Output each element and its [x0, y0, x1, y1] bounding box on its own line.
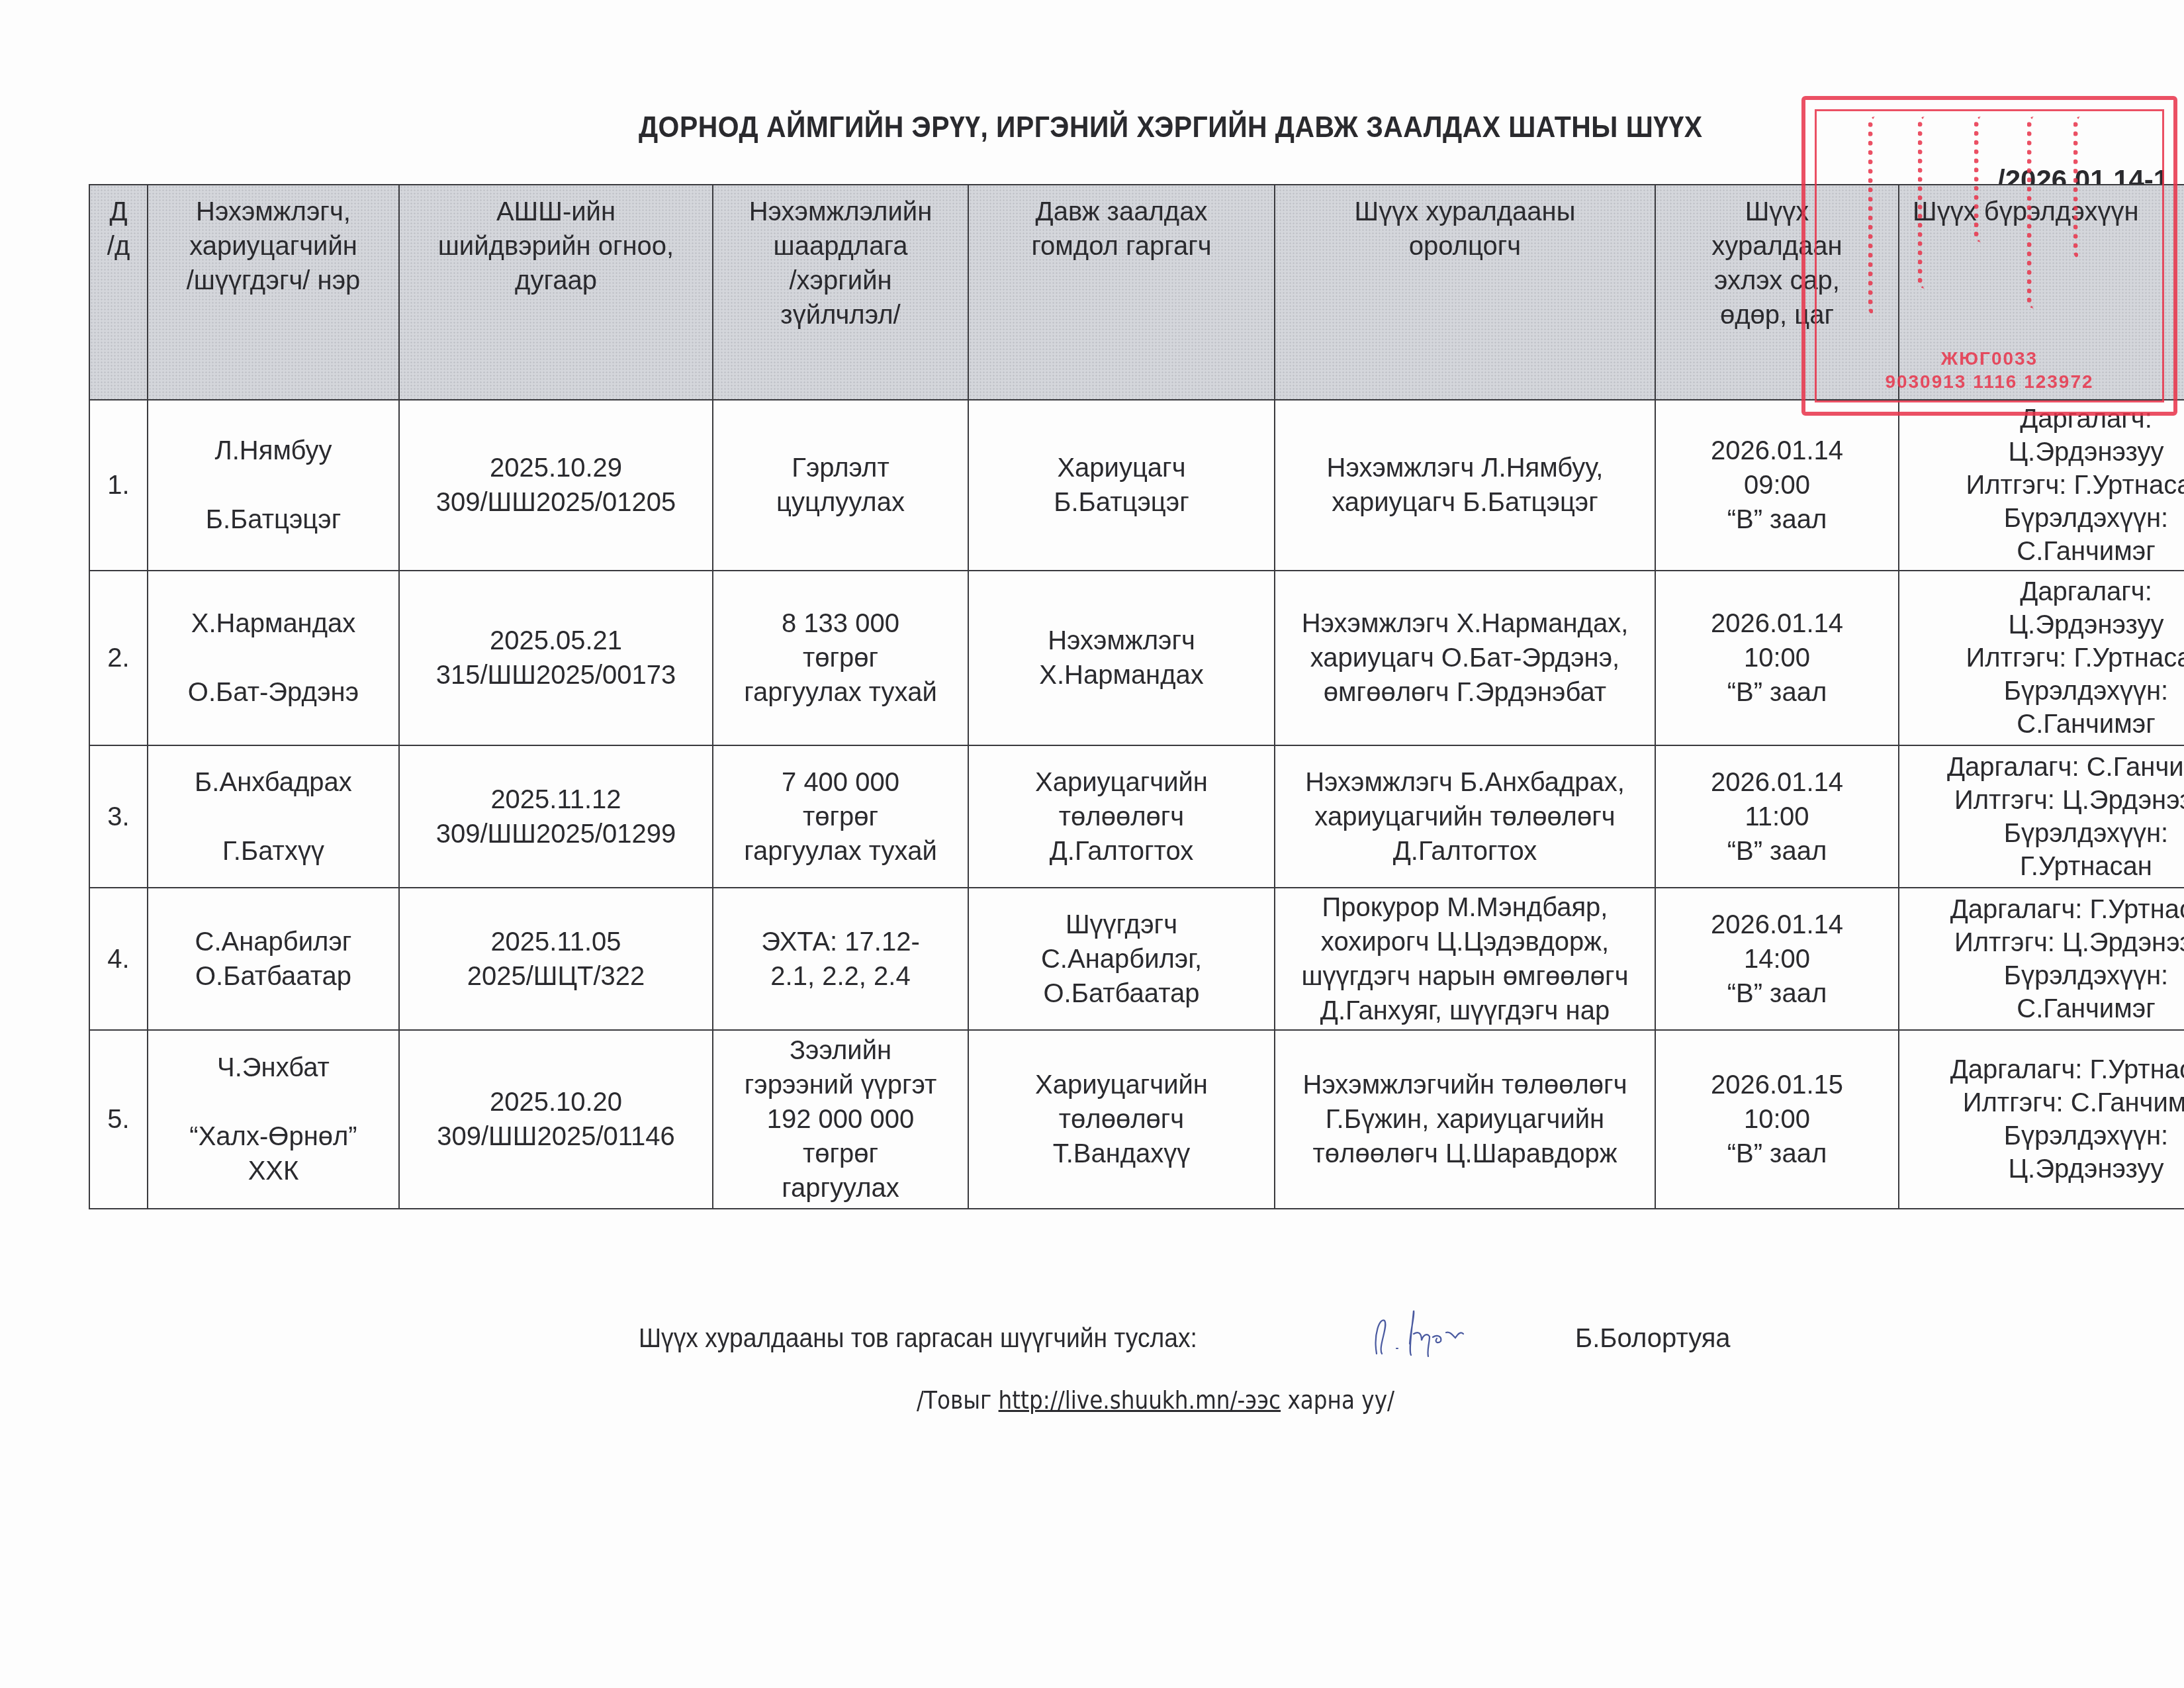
cell-text-line: Илтгэгч: Ц.Эрдэнэзуу — [1903, 784, 2184, 817]
table-row: 3.Б.АнхбадрахГ.Батхүү2025.11.12309/ШШ202… — [89, 745, 2184, 888]
cell-text-line: 2025.11.12 — [404, 782, 708, 817]
decision-cell: 2025.11.052025/ШЦТ/322 — [399, 888, 713, 1030]
cell-text-line: Б.Батцэцэг — [152, 502, 394, 537]
cell-text-line: төлөөлөгч Ц.Шаравдорж — [1279, 1137, 1651, 1171]
cell-text-line: хариуцагч О.Бат-Эрдэнэ, — [1279, 641, 1651, 675]
cell-text-line: төлөөлөгч — [973, 1102, 1270, 1137]
table-row: 5.Ч.Энхбат“Халх-Өрнөл”ХХК2025.10.20309/Ш… — [89, 1030, 2184, 1209]
row-number: 4. — [89, 888, 148, 1030]
cell-text-line: 192 000 000 — [717, 1102, 964, 1137]
cell-text-line: “Халх-Өрнөл” — [152, 1119, 394, 1154]
cell-text-line: “В” заал — [1660, 502, 1894, 537]
cell-text-line — [152, 800, 394, 834]
cell-text-line: цуцлуулах — [717, 485, 964, 520]
cell-text-line: хохирогч Ц.Цэдэвдорж, — [1279, 925, 1651, 959]
cell-text-line: С.Ганчимэг — [1903, 535, 2184, 568]
cell-text-line: Д.Ганхуяг, шүүгдэгч нар — [1279, 994, 1651, 1028]
cell-text-line: хариуцагчийн төлөөлөгч — [1279, 800, 1651, 834]
cell-text-line: О.Батбаатар — [973, 976, 1270, 1011]
cell-text-line: Даргалагч: — [1903, 402, 2184, 436]
cell-text-line: 10:00 — [1660, 1102, 1894, 1137]
note-suffix: харна уу/ — [1281, 1385, 1394, 1415]
cell-text-line: Г.Бүжин, хариуцагчийн — [1279, 1102, 1651, 1137]
cell-text-line: Бүрэлдэхүүн: — [1903, 817, 2184, 850]
claim-cell: 8 133 000төгрөггаргуулах тухай — [713, 571, 968, 745]
cell-text-line: 2026.01.15 — [1660, 1068, 1894, 1102]
cell-text-line: Хариуцагч — [973, 451, 1270, 485]
parties-cell: Л.НямбууБ.Батцэцэг — [148, 400, 399, 571]
cell-text-line: Нэхэмжлэгч Х.Нармандах, — [1279, 606, 1651, 641]
cell-text-line: гомдол гаргагч — [973, 229, 1270, 263]
claim-cell: 7 400 000төгрөггаргуулах тухай — [713, 745, 968, 888]
cell-text-line: ХХК — [152, 1154, 394, 1188]
panel-cell: Даргалагч:Ц.ЭрдэнэзууИлтгэгч: Г.Уртнасан… — [1899, 571, 2184, 745]
cell-text-line: /д — [94, 229, 143, 263]
table-row: 1.Л.НямбууБ.Батцэцэг2025.10.29309/ШШ2025… — [89, 400, 2184, 571]
claim-cell: ЭХТА: 17.12-2.1, 2.2, 2.4 — [713, 888, 968, 1030]
appellant-cell: ШүүгдэгчС.Анарбилэг,О.Батбаатар — [968, 888, 1275, 1030]
cell-text-line: Ч.Энхбат — [152, 1051, 394, 1085]
cell-text-line: өмгөөлөгч Г.Эрдэнэбат — [1279, 675, 1651, 710]
decision-cell: 2025.10.20309/ШШ2025/01146 — [399, 1030, 713, 1209]
cell-text-line: Ц.Эрдэнэзуу — [1903, 1152, 2184, 1186]
cell-text-line: С.Анарбилэг — [152, 925, 394, 959]
cell-text-line: 309/ШШ2025/01146 — [404, 1119, 708, 1154]
cell-text-line: Б.Батцэцэг — [973, 485, 1270, 520]
cell-text-line: “В” заал — [1660, 675, 1894, 710]
cell-text-line: оролцогч — [1279, 229, 1651, 263]
header-number: Д/д — [89, 185, 148, 400]
cell-text-line: Даргалагч: С.Ганчимэг — [1903, 751, 2184, 784]
cell-text-line: Зээлийн — [717, 1033, 964, 1068]
table-body: 1.Л.НямбууБ.Батцэцэг2025.10.29309/ШШ2025… — [89, 400, 2184, 1209]
parties-cell: С.АнарбилэгО.Батбаатар — [148, 888, 399, 1030]
cell-text-line: өдөр, цаг — [1660, 298, 1894, 332]
document-page: ДОРНОД АЙМГИЙН ЭРҮҮ, ИРГЭНИЙ ХЭРГИЙН ДАВ… — [0, 0, 2184, 1688]
header-hearing-time: Шүүххуралдаанэхлэх сар,өдөр, цаг — [1655, 185, 1899, 400]
header-decision: АШШ-ийншийдвэрийн огноо,дугаар — [399, 185, 713, 400]
cell-text-line: Ц.Эрдэнэзуу — [1903, 608, 2184, 641]
table-header-row: Д/д Нэхэмжлэгч,хариуцагчийн/шүүгдэгч/ нэ… — [89, 185, 2184, 400]
cell-text-line — [152, 1085, 394, 1119]
claim-cell: Гэрлэлтцуцлуулах — [713, 400, 968, 571]
cell-text-line: 2026.01.14 — [1660, 908, 1894, 942]
cell-text-line: “В” заал — [1660, 834, 1894, 868]
table-row: 2.Х.НармандахО.Бат-Эрдэнэ2025.05.21315/Ш… — [89, 571, 2184, 745]
cell-text-line: ЭХТА: 17.12- — [717, 925, 964, 959]
cell-text-line: Д.Галтогтох — [1279, 834, 1651, 868]
cell-text-line: Давж заалдах — [973, 195, 1270, 229]
cell-text-line: хариуцагчийн — [152, 229, 394, 263]
cell-text-line: Шүүх хуралдааны — [1279, 195, 1651, 229]
signature-icon — [1370, 1307, 1502, 1360]
cell-text-line: Д.Галтогтох — [973, 834, 1270, 868]
cell-text-line: Илтгэгч: Г.Уртнасан — [1903, 641, 2184, 675]
cell-text-line: 309/ШШ2025/01205 — [404, 485, 708, 520]
cell-text-line: С.Анарбилэг, — [973, 942, 1270, 976]
cell-text-line: хуралдаан — [1660, 229, 1894, 263]
appellant-cell: ХариуцагчийнтөлөөлөгчД.Галтогтох — [968, 745, 1275, 888]
hearing-time-cell: 2026.01.1414:00“В” заал — [1655, 888, 1899, 1030]
schedule-website-link[interactable]: http://live.shuukh.mn/-ээс — [999, 1385, 1281, 1415]
cell-text-line: гаргуулах тухай — [717, 675, 964, 710]
participants-cell: Нэхэмжлэгч Л.Нямбуу,хариуцагч Б.Батцэцэг — [1275, 400, 1655, 571]
parties-cell: Х.НармандахО.Бат-Эрдэнэ — [148, 571, 399, 745]
note-prefix: /Товыг — [917, 1385, 999, 1415]
signer-label-row: Шүүх хуралдааны тов гаргасан шүүгчийн ту… — [639, 1324, 1239, 1354]
claim-cell: Зээлийнгэрээний үүргэт192 000 000төгрөгг… — [713, 1030, 968, 1209]
header-claim: Нэхэмжлэлийншаардлага/хэргийнзүйлчлэл/ — [713, 185, 968, 400]
cell-text-line: Бүрэлдэхүүн: — [1903, 959, 2184, 992]
cell-text-line: Б.Анхбадрах — [152, 765, 394, 800]
cell-text-line: Нэхэмжлэлийн — [717, 195, 964, 229]
hearing-time-cell: 2026.01.1411:00“В” заал — [1655, 745, 1899, 888]
hearing-time-cell: 2026.01.1510:00“В” заал — [1655, 1030, 1899, 1209]
cell-text-line: Нэхэмжлэгч, — [152, 195, 394, 229]
cell-text-line: “В” заал — [1660, 976, 1894, 1011]
cell-text-line: Л.Нямбуу — [152, 434, 394, 468]
row-number: 5. — [89, 1030, 148, 1209]
cell-text-line: гаргуулах тухай — [717, 834, 964, 868]
cell-text-line: гэрээний үүргэт — [717, 1068, 964, 1102]
decision-cell: 2025.11.12309/ШШ2025/01299 — [399, 745, 713, 888]
cell-text-line: Даргалагч: Г.Уртнасан — [1903, 893, 2184, 926]
cell-text-line: Нэхэмжлэгч — [973, 624, 1270, 658]
cell-text-line: хариуцагч Б.Батцэцэг — [1279, 485, 1651, 520]
signer-name: Б.Болортуяа — [1575, 1324, 1731, 1354]
cell-text-line: 09:00 — [1660, 468, 1894, 502]
panel-cell: Даргалагч: Г.УртнасанИлтгэгч: Ц.Эрдэнэзу… — [1899, 888, 2184, 1030]
cell-text-line: Нэхэмжлэгчийн төлөөлөгч — [1279, 1068, 1651, 1102]
cell-text-line: 7 400 000 — [717, 765, 964, 800]
cell-text-line: 2025/ШЦТ/322 — [404, 959, 708, 994]
cell-text-line — [152, 641, 394, 675]
header-panel: Шүүх бүрэлдэхүүн — [1899, 185, 2184, 400]
cell-text-line: “В” заал — [1660, 1137, 1894, 1171]
cell-text-line: Илтгэгч: Г.Уртнасан — [1903, 469, 2184, 502]
cell-text-line: Ц.Эрдэнэзуу — [1903, 436, 2184, 469]
cell-text-line: С.Ганчимэг — [1903, 992, 2184, 1025]
participants-cell: Нэхэмжлэгч Х.Нармандах,хариуцагч О.Бат-Э… — [1275, 571, 1655, 745]
decision-cell: 2025.05.21315/ШШ2025/00173 — [399, 571, 713, 745]
cell-text-line: Илтгэгч: С.Ганчимэг — [1903, 1086, 2184, 1119]
cell-text-line: С.Ганчимэг — [1903, 708, 2184, 741]
cell-text-line: Г.Батхүү — [152, 834, 394, 868]
hearing-time-cell: 2026.01.1409:00“В” заал — [1655, 400, 1899, 571]
cell-text-line: Х.Нармандах — [152, 606, 394, 641]
cell-text-line: Х.Нармандах — [973, 658, 1270, 692]
cell-text-line: эхлэх сар, — [1660, 263, 1894, 298]
participants-cell: Прокурор М.Мэндбаяр,хохирогч Ц.Цэдэвдорж… — [1275, 888, 1655, 1030]
cell-text-line: 8 133 000 — [717, 606, 964, 641]
cell-text-line: 309/ШШ2025/01299 — [404, 817, 708, 851]
hearing-schedule-table: Д/д Нэхэмжлэгч,хариуцагчийн/шүүгдэгч/ нэ… — [89, 184, 2184, 1209]
cell-text-line: Даргалагч: Г.Уртнасан — [1903, 1053, 2184, 1086]
cell-text-line: дугаар — [404, 263, 708, 298]
parties-cell: Ч.Энхбат“Халх-Өрнөл”ХХК — [148, 1030, 399, 1209]
cell-text-line: Хариуцагчийн — [973, 765, 1270, 800]
cell-text-line: төгрөг — [717, 641, 964, 675]
cell-text-line: Даргалагч: — [1903, 575, 2184, 608]
cell-text-line: /шүүгдэгч/ нэр — [152, 263, 394, 298]
cell-text-line: төгрөг — [717, 1137, 964, 1171]
cell-text-line: 2026.01.14 — [1660, 434, 1894, 468]
header-participants: Шүүх хуралдааныоролцогч — [1275, 185, 1655, 400]
cell-text-line: төлөөлөгч — [973, 800, 1270, 834]
cell-text-line: Нэхэмжлэгч Б.Анхбадрах, — [1279, 765, 1651, 800]
panel-cell: Даргалагч: Г.УртнасанИлтгэгч: С.Ганчимэг… — [1899, 1030, 2184, 1209]
cell-text-line: 2025.11.05 — [404, 925, 708, 959]
cell-text-line: Г.Уртнасан — [1903, 850, 2184, 883]
cell-text-line: АШШ-ийн — [404, 195, 708, 229]
cell-text-line: Т.Вандахүү — [973, 1137, 1270, 1171]
cell-text-line: Шүүх бүрэлдэхүүн — [1913, 195, 2184, 229]
cell-text-line: 2025.10.20 — [404, 1085, 708, 1119]
cell-text-line: гаргуулах — [717, 1171, 964, 1205]
cell-text-line: 11:00 — [1660, 800, 1894, 834]
document-title: ДОРНОД АЙМГИЙН ЭРҮҮ, ИРГЭНИЙ ХЭРГИЙН ДАВ… — [639, 111, 1702, 144]
cell-text-line: шүүгдэгч нарын өмгөөлөгч — [1279, 959, 1651, 994]
cell-text-line: Бүрэлдэхүүн: — [1903, 1119, 2184, 1152]
cell-text-line: шаардлага — [717, 229, 964, 263]
decision-cell: 2025.10.29309/ШШ2025/01205 — [399, 400, 713, 571]
signer-label: Шүүх хуралдааны тов гаргасан шүүгчийн ту… — [639, 1324, 1197, 1354]
panel-cell: Даргалагч: С.ГанчимэгИлтгэгч: Ц.Эрдэнэзу… — [1899, 745, 2184, 888]
hearing-time-cell: 2026.01.1410:00“В” заал — [1655, 571, 1899, 745]
participants-cell: Нэхэмжлэгчийн төлөөлөгчГ.Бүжин, хариуцаг… — [1275, 1030, 1655, 1209]
cell-text-line: Шүүх — [1660, 195, 1894, 229]
cell-text-line: /хэргийн — [717, 263, 964, 298]
cell-text-line: 2026.01.14 — [1660, 606, 1894, 641]
cell-text-line: Шүүгдэгч — [973, 908, 1270, 942]
cell-text-line: Гэрлэлт — [717, 451, 964, 485]
cell-text-line: Д — [94, 195, 143, 229]
participants-cell: Нэхэмжлэгч Б.Анхбадрах,хариуцагчийн төлө… — [1275, 745, 1655, 888]
row-number: 3. — [89, 745, 148, 888]
appellant-cell: НэхэмжлэгчХ.Нармандах — [968, 571, 1275, 745]
cell-text-line: Хариуцагчийн — [973, 1068, 1270, 1102]
cell-text-line: зүйлчлэл/ — [717, 298, 964, 332]
cell-text-line: 315/ШШ2025/00173 — [404, 658, 708, 692]
cell-text-line: Нэхэмжлэгч Л.Нямбуу, — [1279, 451, 1651, 485]
cell-text-line: Бүрэлдэхүүн: — [1903, 502, 2184, 535]
cell-text-line: 2.1, 2.2, 2.4 — [717, 959, 964, 994]
schedule-note: /Товыг http://live.shuukh.mn/-ээс харна … — [917, 1385, 1394, 1415]
cell-text-line: О.Бат-Эрдэнэ — [152, 675, 394, 710]
appellant-cell: ХариуцагчийнтөлөөлөгчТ.Вандахүү — [968, 1030, 1275, 1209]
cell-text-line: 14:00 — [1660, 942, 1894, 976]
panel-cell: Даргалагч:Ц.ЭрдэнэзууИлтгэгч: Г.Уртнасан… — [1899, 400, 2184, 571]
cell-text-line — [152, 468, 394, 502]
header-appellant: Давж заалдахгомдол гаргагч — [968, 185, 1275, 400]
cell-text-line: О.Батбаатар — [152, 959, 394, 994]
cell-text-line: 2025.10.29 — [404, 451, 708, 485]
cell-text-line: Илтгэгч: Ц.Эрдэнэзуу — [1903, 926, 2184, 959]
cell-text-line: 10:00 — [1660, 641, 1894, 675]
cell-text-line: 2026.01.14 — [1660, 765, 1894, 800]
appellant-cell: ХариуцагчБ.Батцэцэг — [968, 400, 1275, 571]
parties-cell: Б.АнхбадрахГ.Батхүү — [148, 745, 399, 888]
row-number: 1. — [89, 400, 148, 571]
header-parties: Нэхэмжлэгч,хариуцагчийн/шүүгдэгч/ нэр — [148, 185, 399, 400]
cell-text-line: төгрөг — [717, 800, 964, 834]
cell-text-line: Прокурор М.Мэндбаяр, — [1279, 890, 1651, 925]
cell-text-line: шийдвэрийн огноо, — [404, 229, 708, 263]
cell-text-line: Бүрэлдэхүүн: — [1903, 675, 2184, 708]
row-number: 2. — [89, 571, 148, 745]
cell-text-line: 2025.05.21 — [404, 624, 708, 658]
table-row: 4.С.АнарбилэгО.Батбаатар2025.11.052025/Ш… — [89, 888, 2184, 1030]
